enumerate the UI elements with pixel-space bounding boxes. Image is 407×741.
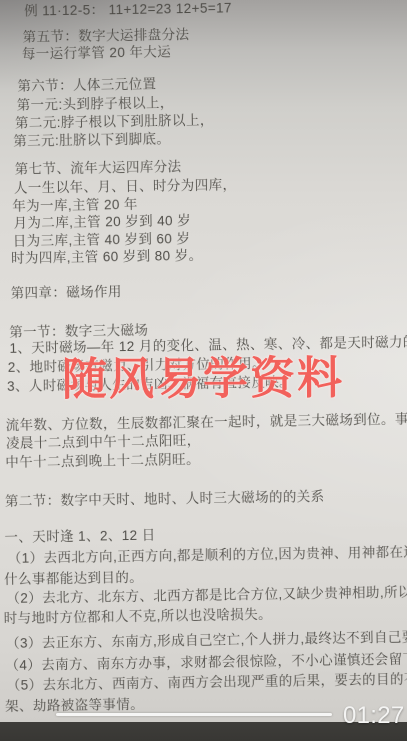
video-progress-bar[interactable]: [56, 713, 332, 716]
document-line: 第一元:头到脖子根以上，: [17, 95, 174, 112]
document-line: 月为二库,主管 20 岁到 40 岁: [13, 213, 191, 231]
document-line: 第七节、流年大运四库分法: [15, 159, 182, 177]
document-line: 第一节：数字三大磁场: [9, 323, 148, 340]
document-line: （3）去正东方、东南方,形成自己空亡,个人拼力,最终达不到自己要去: [6, 629, 407, 651]
document-line: 什么事都能达到目的。: [4, 570, 143, 587]
document-line: 一、天时逢 1、2、12 日: [4, 528, 155, 545]
document-line: 人一生以年、月、日、时分为四库，: [14, 177, 237, 195]
document-line: （2）去北方、北东方、北西方都是比合方位,又缺少贵神相助,所以没有: [6, 584, 407, 606]
document-line: （5）去东北方、西南方、南西方会出现严重的后果，要去的目的不但: [7, 671, 407, 693]
document-line: 第五节：数字大运排盘分法: [22, 27, 189, 45]
document-line: 例 11·12-5： 11+12=23 12+5=17: [24, 0, 232, 18]
document-line: 凌晨十二点到中午十二点阳旺，: [6, 433, 201, 451]
document-line: 时与地时方位都和人不克,所以也没啥损失。: [4, 607, 272, 626]
document-line: 流年数、方位数，生辰数都汇聚在一起时，就是三大磁场到位。事情的: [6, 411, 407, 433]
document-line: 每一运行掌管 20 年大运: [22, 44, 171, 61]
document-line: 年为一库,主管 20 年: [12, 197, 138, 214]
document-line: （1）去西北方向,正西方向,都是顺利的方位,因为贵神、用神都在这两: [8, 544, 407, 566]
watermark-text: 随风易学资料: [62, 341, 344, 407]
document-line: 第二节：数字中天时、地时、人时三大磁场的的关系: [5, 489, 325, 509]
document-line: （4）去南方、南东方办事，求财都会很惊险，不小心谨慎还会留下严: [5, 651, 407, 673]
document-line: 第二元:脖子根以下到肚脐以上，: [15, 113, 214, 131]
document-page: 例 11·12-5： 11+12=23 12+5=17第五节：数字大运排盘分法每…: [0, 0, 407, 722]
document-line: 架、劫路被盗等事情。: [5, 697, 144, 714]
document-line: 时为四库,主管 60 岁到 80 岁。: [11, 248, 203, 266]
document-line: 中午十二点到晚上十二点阴旺。: [5, 452, 200, 470]
document-line: 日为三库,主管 40 岁到 60 岁: [13, 231, 191, 249]
document-line: 第四章：磁场作用: [11, 284, 122, 301]
document-line: 第六节：人体三元位置: [17, 77, 156, 94]
document-line: 第三元:肚脐以下到脚底。: [13, 131, 170, 148]
